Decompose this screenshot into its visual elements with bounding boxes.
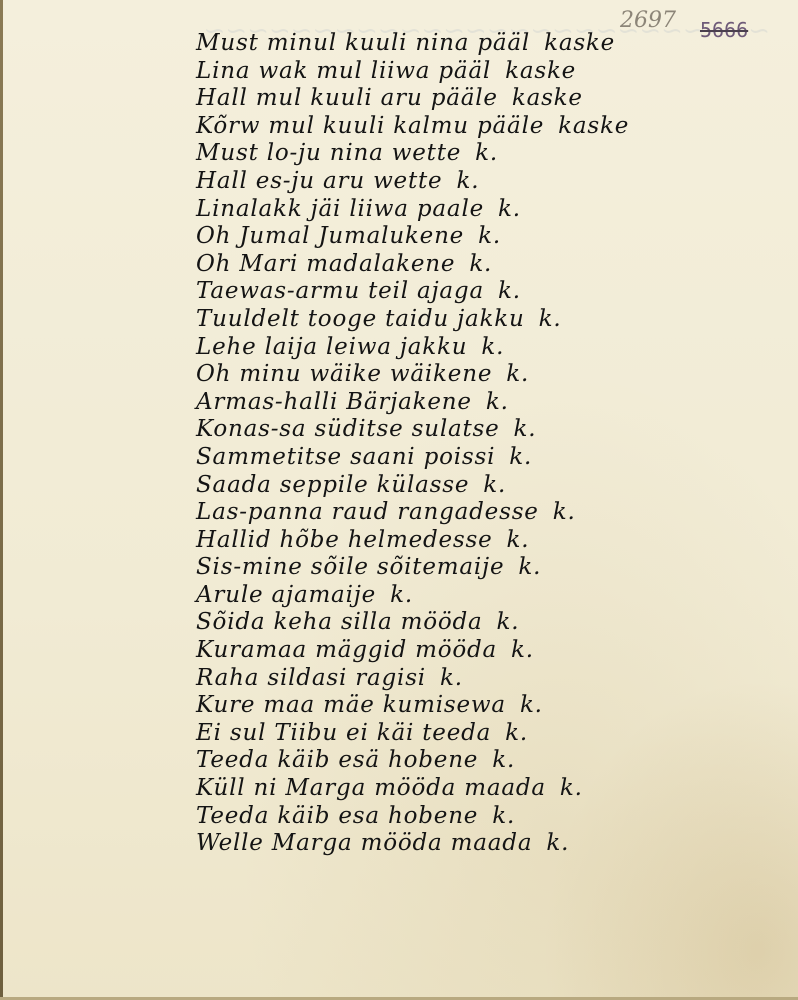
refrain-text: kaske <box>505 58 576 86</box>
refrain-text: k. <box>498 278 521 306</box>
verse-line: Saada seppile külassek. <box>196 472 629 500</box>
refrain-text: k. <box>492 803 515 831</box>
verse-text: Saada seppile külasse <box>196 472 469 500</box>
verse-text: Sõida keha silla mööda <box>196 609 483 637</box>
verse-text: Hall mul kuuli aru pääle <box>196 85 498 113</box>
verse-text: Must lo-ju nina wette <box>196 140 461 168</box>
refrain-text: k. <box>498 196 521 224</box>
verse-line: Taewas-armu teil ajagak. <box>196 278 629 306</box>
verse-text: Ei sul Tiibu ei käi teeda <box>196 720 491 748</box>
verse-line: Teeda käib esa hobenek. <box>196 803 629 831</box>
refrain-text: k. <box>553 499 576 527</box>
refrain-text: k. <box>492 747 515 775</box>
verse-line: Kõrw mul kuuli kalmu päälekaske <box>196 113 629 141</box>
verse-text: Welle Marga mööda maada <box>196 830 532 858</box>
refrain-text: k. <box>546 830 569 858</box>
verse-line: Oh Mari madalakenek. <box>196 251 629 279</box>
refrain-text: k. <box>507 527 530 555</box>
verse-line: Teeda käib esä hobenek. <box>196 747 629 775</box>
verse-line: Kuramaa mäggid möödak. <box>196 637 629 665</box>
refrain-text: k. <box>478 223 501 251</box>
verse-line: Las-panna raud rangadessek. <box>196 499 629 527</box>
verse-line: Lina wak mul liiwa päälkaske <box>196 58 629 86</box>
verse-text: Lina wak mul liiwa pääl <box>196 58 491 86</box>
verse-text: Kure maa mäe kumisewa <box>196 692 506 720</box>
refrain-text: k. <box>539 306 562 334</box>
verse-line: Oh minu wäike wäikenek. <box>196 361 629 389</box>
old-number-struck: 5666 <box>700 18 748 42</box>
verse-text: Arule ajamaije <box>196 582 376 610</box>
refrain-text: k. <box>469 251 492 279</box>
verse-line: Konas-sa süditse sulatsek. <box>196 416 629 444</box>
verse-line: Tuuldelt tooge taidu jakkuk. <box>196 306 629 334</box>
refrain-text: k. <box>514 416 537 444</box>
refrain-text: k. <box>440 665 463 693</box>
verse-text: Sammetitse saani poissi <box>196 444 495 472</box>
verse-text: Teeda käib esa hobene <box>196 803 478 831</box>
verse-text: Linalakk jäi liiwa paale <box>196 196 484 224</box>
refrain-text: k. <box>475 140 498 168</box>
verse-text: Kuramaa mäggid mööda <box>196 637 497 665</box>
refrain-text: k. <box>390 582 413 610</box>
refrain-text: k. <box>520 692 543 720</box>
verse-text: Kõrw mul kuuli kalmu pääle <box>196 113 544 141</box>
refrain-text: k. <box>497 609 520 637</box>
refrain-text: kaske <box>558 113 629 141</box>
refrain-text: k. <box>456 168 479 196</box>
refrain-text: k. <box>486 389 509 417</box>
verse-line: Armas-halli Bärjakenek. <box>196 389 629 417</box>
refrain-text: k. <box>560 775 583 803</box>
refrain-text: k. <box>505 720 528 748</box>
verse-line: Oh Jumal Jumalukenek. <box>196 223 629 251</box>
verse-text: Taewas-armu teil ajaga <box>196 278 484 306</box>
verse-text: Lehe laija leiwa jakku <box>196 334 467 362</box>
verse-text: Tuuldelt tooge taidu jakku <box>196 306 525 334</box>
verse-line: Hallid hõbe helmedessek. <box>196 527 629 555</box>
verse-text: Konas-sa süditse sulatse <box>196 416 500 444</box>
refrain-text: k. <box>483 472 506 500</box>
verse-text: Oh Jumal Jumalukene <box>196 223 464 251</box>
verse-text: Küll ni Marga mööda maada <box>196 775 546 803</box>
verse-text: Hall es-ju aru wette <box>196 168 442 196</box>
verse-text: Oh minu wäike wäikene <box>196 361 492 389</box>
verse-text: Teeda käib esä hobene <box>196 747 478 775</box>
verse-text: Raha sildasi ragisi <box>196 665 426 693</box>
refrain-text: kaske <box>544 30 615 58</box>
verse-text: Hallid hõbe helmedesse <box>196 527 493 555</box>
verse-text: Oh Mari madalakene <box>196 251 455 279</box>
verse-line: Sammetitse saani poissik. <box>196 444 629 472</box>
verse-text: Must minul kuuli nina pääl <box>196 30 530 58</box>
verse-line: Sis-mine sõile sõitemaijek. <box>196 554 629 582</box>
verse-line: Ei sul Tiibu ei käi teedak. <box>196 720 629 748</box>
page-left-edge <box>0 0 3 1000</box>
refrain-text: kaske <box>512 85 583 113</box>
verse-text: Las-panna raud rangadesse <box>196 499 539 527</box>
refrain-text: k. <box>509 444 532 472</box>
verse-line: Hall mul kuuli aru päälekaske <box>196 85 629 113</box>
verse-line: Raha sildasi ragisik. <box>196 665 629 693</box>
verse-line: Lehe laija leiwa jakkuk. <box>196 334 629 362</box>
verse-line: Must minul kuuli nina päälkaske <box>196 30 629 58</box>
refrain-text: k. <box>481 334 504 362</box>
verse-line: Kure maa mäe kumisewak. <box>196 692 629 720</box>
verse-line: Hall es-ju aru wettek. <box>196 168 629 196</box>
verse-line: Küll ni Marga mööda maadak. <box>196 775 629 803</box>
refrain-text: k. <box>506 361 529 389</box>
verse-text: Sis-mine sõile sõitemaije <box>196 554 504 582</box>
verse-line: Arule ajamaijek. <box>196 582 629 610</box>
verse-line: Welle Marga mööda maadak. <box>196 830 629 858</box>
verse-text: Armas-halli Bärjakene <box>196 389 472 417</box>
refrain-text: k. <box>518 554 541 582</box>
verse-line: Sõida keha silla möödak. <box>196 609 629 637</box>
refrain-text: k. <box>511 637 534 665</box>
manuscript-page: ~~~~~~~~~~~~~~~~~~~~~~~~~~ 2697 5666 Mus… <box>0 0 798 1000</box>
verse-line: Linalakk jäi liiwa paalek. <box>196 196 629 224</box>
verse-line: Must lo-ju nina wettek. <box>196 140 629 168</box>
verse-lines: Must minul kuuli nina päälkaske Lina wak… <box>196 30 629 858</box>
